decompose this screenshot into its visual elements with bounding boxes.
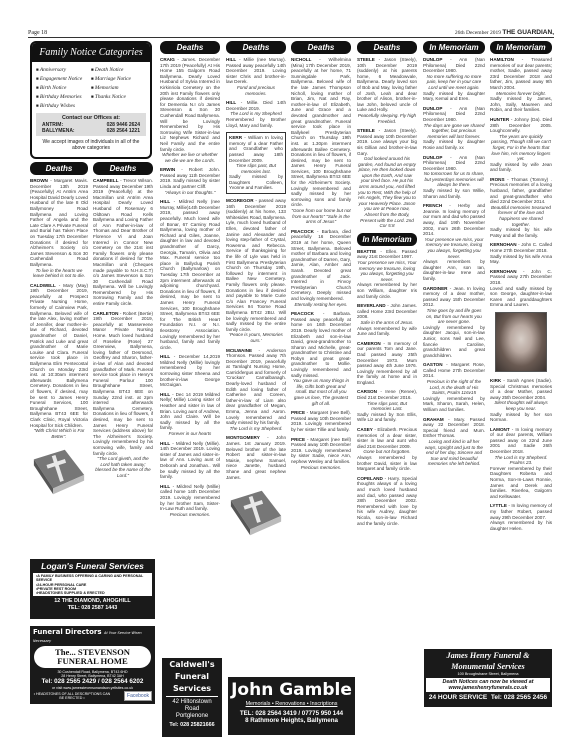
notice-surname: HILL bbox=[160, 199, 170, 204]
family-notice-categories: Family Notice Categories AnniversaryDeat… bbox=[30, 41, 152, 159]
notice-hill: HILL - Dec 14 2019 Mildred Nelly( Millie… bbox=[160, 392, 220, 437]
notice-verse: The years are quickly passing, Though st… bbox=[490, 134, 552, 162]
notice-surname: HILL bbox=[226, 57, 236, 62]
notice-surname: HAMILTON bbox=[490, 57, 514, 62]
notice-verse: Precious memories. bbox=[291, 465, 351, 471]
notice-verse: No tomorrows for us to share, but yester… bbox=[423, 171, 485, 188]
issue-date: 26th December 2019 THE GUARDIAN, bbox=[455, 29, 554, 36]
notice-hill: HILL - December 14,2019 Mildred Nelly (M… bbox=[160, 354, 220, 388]
notice-surname: DUNLOP bbox=[423, 155, 442, 160]
notice-surname: CAMERON bbox=[357, 341, 381, 346]
in-memoriam-heading: In Memoriam bbox=[490, 41, 552, 54]
deaths-column-2: DeathsCAMPBELL - Trevor Wilson. Passed a… bbox=[93, 162, 153, 557]
notice-surname: HILL bbox=[160, 354, 170, 359]
notice-hamilton: HAMILTON - Treasured memories of our dea… bbox=[490, 57, 552, 113]
notice-surname: COPELAND bbox=[357, 476, 383, 481]
notice-craig: CRAIG - James. December 17th 2019 (Peace… bbox=[160, 57, 220, 163]
notice-surname: LAMONT bbox=[490, 427, 510, 432]
notice-surname: DUNLOP bbox=[423, 106, 442, 111]
facebook-icon[interactable]: Facebook bbox=[124, 691, 152, 701]
notice-brown: BROWN - Margaret Mavis. December 13th 20… bbox=[30, 178, 88, 279]
notice-verse: Safe in the arms of Jesus. bbox=[357, 320, 417, 326]
notice-surname: HILL bbox=[160, 441, 170, 446]
category-item: Birth Notice bbox=[36, 84, 91, 92]
caldwells-funeral-services-ad: Caldwell's Funeral Services 42 Hiltonsto… bbox=[162, 658, 222, 737]
office-ballymena: BALLYMENA:028 2564 1221 bbox=[42, 128, 140, 134]
notice-beverland: BEVERLAND - John James. called Home 23rd… bbox=[357, 303, 417, 337]
notice-verse: God looked around his garden, And found … bbox=[357, 156, 417, 229]
notice-surname: HILL bbox=[226, 100, 236, 105]
publication-name: THE GUARDIAN, bbox=[502, 29, 554, 36]
notice-surname: HUNTER bbox=[490, 117, 509, 122]
notice-kirk: KIRK - Sarah Agnes (Sadie). Special Chri… bbox=[490, 378, 552, 423]
notice-surname: GASTON bbox=[423, 362, 443, 367]
notice-gardiner: GARDINER - Jean. In loving memory of a d… bbox=[423, 286, 485, 359]
notice-surname: GARDINER bbox=[423, 286, 448, 291]
notice-campbell: CAMPBELL - Trevor Wilson. Passed away De… bbox=[93, 178, 153, 307]
category-item: Memoriam bbox=[91, 84, 146, 92]
notice-lamont: LAMONT - In loving memory of our dear pa… bbox=[490, 427, 552, 500]
notice-verse: "With Christ Which is Far Better". bbox=[30, 428, 88, 439]
notice-hill: HILL - Mildred Nelly (nee Murray, Millie… bbox=[160, 199, 220, 350]
notice-erwin: ERWIN - Robert John. Passed away 11th De… bbox=[160, 167, 220, 195]
portrait-photo bbox=[495, 312, 547, 372]
notice-hill: HILL - Mildred Nelly (Millie). 14th Dece… bbox=[160, 441, 220, 480]
notice-irons: IRONS - Thomas (Tommy) . Precious memori… bbox=[490, 177, 552, 239]
james-henry-website[interactable]: www.jameshenryfunerals.co.uk bbox=[427, 685, 549, 691]
notice-beattie: BEATTIE - Ellen. Passed away 21st Decemb… bbox=[357, 249, 417, 299]
notice-verse: Your presence we miss, Your memory we tr… bbox=[357, 260, 417, 282]
notice-surname: PEACOCK bbox=[291, 311, 314, 316]
notice-surname: STEELE bbox=[357, 57, 375, 62]
notice-verse: Beautiful memories treasured forever of … bbox=[490, 205, 552, 227]
notice-steele: STEELE - Jason (Steely), 10th December 2… bbox=[357, 57, 417, 124]
category-item: Anniversary bbox=[36, 66, 91, 74]
category-item: Engagement Notice bbox=[36, 75, 91, 83]
notice-lyttle: LYTTLE - In loving memory of my father R… bbox=[490, 503, 552, 531]
notice-verse: Eternally resting her eyes. bbox=[291, 302, 351, 308]
deaths-column-1: DeathsBROWN - Margaret Mavis. December 1… bbox=[30, 162, 88, 557]
newspaper-page: Page 18 26th December 2019 THE GUARDIAN,… bbox=[28, 28, 554, 728]
notice-verse: 'Peace is yours, Memories ours.' bbox=[226, 332, 286, 343]
notice-verse: No more suffering no more pain, keep her… bbox=[423, 74, 485, 91]
page-number: Page 18 bbox=[28, 30, 47, 36]
notice-graham: GRAHAM - Mary. Passed away 22 December 2… bbox=[423, 417, 485, 467]
notice-surname: LYTTLE bbox=[490, 503, 507, 508]
deaths-memoriam-column-6: DeathsSTEELE - Jason (Steely), 10th Dece… bbox=[357, 41, 417, 636]
notice-mcgregor: MCGREGOR - passed away 16th December 201… bbox=[226, 198, 286, 343]
notice-surname: BROWN bbox=[30, 178, 48, 183]
notice-french: FRENCH - Herby and Jeannie. In loving me… bbox=[423, 203, 485, 281]
category-item: Thanks Notice bbox=[91, 93, 146, 101]
deaths-column-5: DeathsNICHOLL - Wilhelmina (Mina) 17th D… bbox=[291, 41, 351, 586]
notice-surname: HILL bbox=[160, 392, 170, 397]
deaths-column-4: DeathsHILL - Millie (nee Murray). Passed… bbox=[226, 41, 286, 586]
notice-verse: "Gone from our home but not from our hea… bbox=[291, 208, 351, 225]
notice-surname: CARSON bbox=[357, 389, 377, 394]
notice-verse: Precious memories. bbox=[160, 512, 220, 518]
notice-verse: Whether we live or whether we die we are… bbox=[160, 152, 220, 163]
notice-verse: Peacefully sleeping. Fly high Freebird. bbox=[357, 113, 417, 124]
notice-hill: HILL - Millie (nee Murray). Passed away … bbox=[226, 57, 286, 96]
deaths-heading: Deaths bbox=[93, 162, 153, 175]
memoriam-column-7: In MemoriamDUNLOP - Ann (Nan Philomena) … bbox=[423, 41, 485, 641]
notice-verse: Time slips past, But memories Last. bbox=[357, 401, 417, 412]
james-henry-funeral-ad: James Henry Funeral & Monumental Service… bbox=[424, 649, 552, 707]
notice-gaston: GASTON - Margaret Rose, Called Home 27th… bbox=[423, 362, 485, 412]
notice-surname: KERNOHAN bbox=[490, 269, 517, 274]
category-item: Death Notice bbox=[91, 66, 146, 74]
notice-verse: "Always in our thoughts." bbox=[160, 190, 220, 196]
notice-carleton: CARLETON - Robert (Bertie) 19th December… bbox=[93, 311, 153, 479]
notice-verse: Precious in the sight of the Lord, Is th… bbox=[423, 379, 485, 396]
deaths-heading: Deaths bbox=[291, 41, 351, 54]
notice-verse: The Lord is my Shepherd. Psalms 23. bbox=[490, 455, 552, 466]
notice-dunlop: DUNLOP - Ann (Nan Philomena) Died 22nd D… bbox=[423, 106, 485, 151]
notice-surname: MONTGOMERY bbox=[226, 435, 260, 440]
deaths-column-3: DeathsCRAIG - James. December 17th 2019 … bbox=[160, 41, 220, 596]
category-item: Birthday Wishes bbox=[36, 102, 91, 110]
notice-verse: Loving and kind in all her ways, Upright… bbox=[423, 439, 485, 467]
notice-casey: CASEY - Elizabeth. Precious memories of … bbox=[357, 427, 417, 472]
notice-peacock: PEACOCK - Barbara, died peacefully 16 De… bbox=[291, 229, 351, 307]
deaths-heading: Deaths bbox=[226, 41, 286, 54]
notice-surname: DUNLOP bbox=[423, 57, 442, 62]
notice-verse: Your presence we miss, your memory we tr… bbox=[423, 237, 485, 259]
notice-verse: Fond and precious memories. bbox=[226, 85, 286, 96]
notice-surname: BEVERLAND bbox=[357, 303, 386, 308]
notice-surname: CRAIG bbox=[160, 57, 175, 62]
notice-surname: CARLETON bbox=[93, 311, 118, 316]
notice-surname: HILL bbox=[160, 484, 170, 489]
notice-verse: You gave us many things in life, Gifts b… bbox=[291, 378, 351, 406]
notice-surname: CASEY bbox=[357, 427, 373, 432]
notice-dunlop: DUNLOP - Ann (Nan Philomena) Died 22nd D… bbox=[423, 155, 485, 200]
notice-surname: CALDWELL bbox=[30, 283, 56, 288]
category-item: Marriage Notice bbox=[91, 75, 146, 83]
notice-verse: "The Lord giveth, and the Lord hath take… bbox=[93, 456, 153, 478]
notice-hill: HILL - Mildred Nelly (Millie) called hom… bbox=[160, 484, 220, 518]
stevenson-name: The... STEVENSONFUNERAL HOME bbox=[34, 646, 151, 668]
notice-surname: MCGREGOR bbox=[226, 198, 254, 203]
notice-mcilwaine: MCILWAINE - Anderson Thomson. Passed awa… bbox=[226, 348, 286, 432]
notice-surname: KERR bbox=[229, 135, 242, 140]
notice-cameron: CAMERON - In memory of our parents Tom a… bbox=[357, 341, 417, 386]
memoriam-column-8: In MemoriamHAMILTON - Treasured memories… bbox=[490, 41, 552, 673]
in-memoriam-heading: In Memoriam bbox=[423, 41, 485, 54]
notice-verse: To live in the hearts we leave behind is… bbox=[30, 268, 88, 279]
notice-price: PRICE - Margaret (nee Bell). Passed away… bbox=[291, 410, 351, 432]
notice-caldwell: CALDWELL - Mary (May) 19th December 2019… bbox=[30, 283, 88, 440]
bible-cross-icon bbox=[30, 445, 88, 497]
page-header: Page 18 26th December 2019 THE GUARDIAN, bbox=[28, 28, 554, 38]
category-item: Birthday Memories bbox=[36, 93, 91, 101]
in-memoriam-heading: In Memoriam bbox=[357, 233, 417, 246]
notice-surname: STEELE bbox=[357, 128, 375, 133]
notice-steele: STEELE - Jason (Steely). Passed away 10t… bbox=[357, 128, 417, 229]
bible-cross-icon bbox=[227, 486, 285, 538]
category-list: AnniversaryDeath NoticeEngagement Notice… bbox=[32, 62, 150, 112]
notice-dunlop: DUNLOP - Ann (Nan Philomena) Died 22nd D… bbox=[423, 57, 485, 102]
notice-verse: Silent thoughts will always keep you nea… bbox=[490, 400, 552, 411]
deaths-heading: Deaths bbox=[357, 41, 417, 54]
notice-nicholl: NICHOLL - Wilhelmina (Mina) 17th Decembe… bbox=[291, 57, 351, 225]
notice-verse: The days are gone we shared together, bu… bbox=[423, 123, 485, 140]
notice-surname: KIRK bbox=[490, 378, 501, 383]
notice-kernohan: KERNOHAN - John C. Passed away 27th Dece… bbox=[490, 269, 552, 308]
notice-surname: CAMPBELL bbox=[93, 178, 119, 183]
categories-title: Family Notice Categories bbox=[32, 43, 150, 62]
deaths-heading: Deaths bbox=[160, 41, 220, 54]
notice-surname: ERWIN bbox=[160, 167, 175, 172]
notice-kerr: KERR - William In loving memory of a dea… bbox=[226, 132, 286, 194]
notice-surname: PRICE bbox=[291, 410, 305, 415]
notice-surname: NICHOLL bbox=[291, 57, 311, 62]
notice-carson: CARSON - Irene (Renee), Died 21st Decemb… bbox=[357, 389, 417, 423]
notice-surname: FRENCH bbox=[423, 203, 442, 208]
notice-surname: KERNOHAN bbox=[490, 242, 517, 247]
notice-price: PRICE - Margaret (nee Bell) Passed away … bbox=[291, 437, 351, 471]
notice-surname: BEATTIE bbox=[357, 249, 376, 254]
images-note: We accept images of individuals in all o… bbox=[32, 137, 150, 153]
notice-peacock: PEACOCK - Barbara. Passed away peacefull… bbox=[291, 311, 351, 406]
notice-verse: Forever in our hearts bbox=[160, 431, 220, 437]
logans-funeral-services-ad: Logan's Funeral Services •A FAMILY BUSIN… bbox=[30, 559, 155, 619]
notice-montgomery: MONTGOMERY - John James. 1st January 201… bbox=[226, 435, 286, 480]
notice-hunter: HUNTER - Johnny (Da). Died 28th December… bbox=[490, 117, 552, 173]
notice-verse: Time slips past, But memories last. bbox=[229, 163, 283, 174]
notice-verse: The Lord is my Shepherd. bbox=[226, 426, 286, 432]
notice-hill: HILL - Millie. Died 14th December 2019.T… bbox=[226, 100, 286, 128]
contact-offices: Contact our Offices at: ANTRIM:028 9446 … bbox=[36, 113, 146, 136]
notice-surname: PRICE bbox=[291, 437, 305, 442]
john-gamble-memorials-ad: John Gamble Memorials • Renovations • In… bbox=[228, 677, 355, 735]
notice-surname: IRONS bbox=[490, 177, 505, 182]
notice-copeland: COPELAND - Harry. Special thoughts alway… bbox=[357, 476, 417, 526]
logan-services-list: •A FAMILY BUSINESS OFFERING A CARING AND… bbox=[33, 573, 152, 596]
notice-surname: GRAHAM bbox=[423, 417, 444, 422]
deaths-heading: Deaths bbox=[30, 162, 88, 175]
notice-verse: Time goes by and life goes on, But from … bbox=[423, 308, 485, 325]
notice-surname: MCILWAINE bbox=[226, 348, 252, 353]
stevenson-funeral-home-ad: Funeral Directors At Your Service When N… bbox=[30, 626, 155, 704]
notice-kernohan: KERNOHAN - John C. Called Home 27th Dece… bbox=[490, 242, 552, 264]
notice-surname: PEACOCK bbox=[291, 229, 314, 234]
